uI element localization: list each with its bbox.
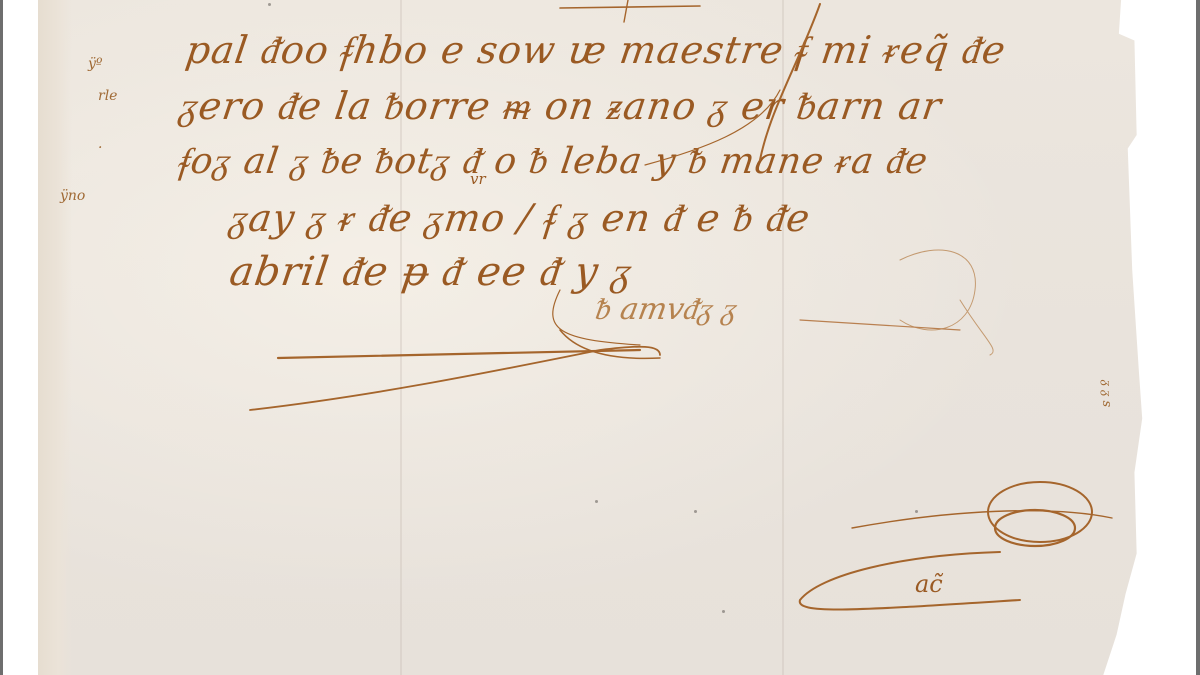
rubric-abbreviation: ac̃ [915,570,943,598]
signature-flourish-icon [0,0,1200,675]
right-margin-note: ᵹ ᵹ s [1098,380,1114,407]
